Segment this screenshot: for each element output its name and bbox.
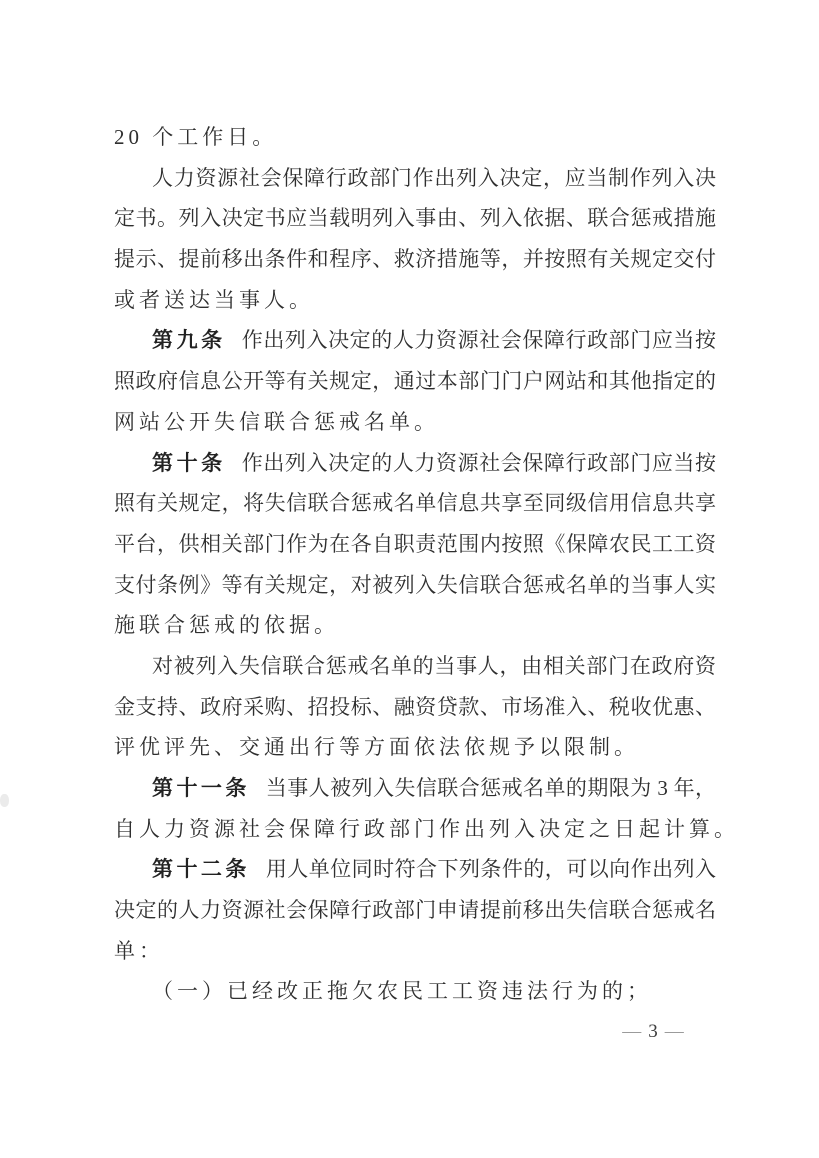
line-text: （一）已经改正拖欠农民工工资违法行为的；	[152, 979, 652, 1003]
line-text: 20 个工作日。	[114, 125, 277, 149]
text-line: 评优评先、交通出行等方面依法依规予以限制。	[114, 727, 716, 768]
line-text: 定书。列入决定书应当载明列入事由、列入依据、联合惩戒措施	[114, 206, 716, 230]
line-text: 评优评先、交通出行等方面依法依规予以限制。	[114, 735, 639, 759]
text-line: 施联合惩戒的依据。	[114, 605, 716, 646]
page-footer: —3—	[598, 1018, 708, 1046]
footer-dash-right: —	[665, 1021, 684, 1042]
footer-dash-left: —	[622, 1021, 641, 1042]
text-line: 人力资源社会保障行政部门作出列入决定，应当制作列入决	[114, 158, 716, 199]
text-line: 金支持、政府采购、招投标、融资贷款、市场准入、税收优惠、	[114, 687, 716, 728]
line-text: 或者送达当事人。	[114, 288, 314, 312]
text-line: 提示、提前移出条件和程序、救济措施等，并按照有关规定交付	[114, 239, 716, 280]
text-line: 20 个工作日。	[114, 117, 716, 158]
text-line: 定书。列入决定书应当载明列入事由、列入依据、联合惩戒措施	[114, 198, 716, 239]
text-line: 第十二条用人单位同时符合下列条件的，可以向作出列入	[114, 849, 716, 890]
line-text: 单：	[114, 939, 164, 963]
line-text: 用人单位同时符合下列条件的，可以向作出列入	[266, 857, 716, 881]
line-text: 决定的人力资源社会保障行政部门申请提前移出失信联合惩戒名	[114, 898, 716, 922]
text-line: 支付条例》等有关规定，对被列入失信联合惩戒名单的当事人实	[114, 565, 716, 606]
article-heading: 第十条	[152, 452, 226, 475]
text-line: 决定的人力资源社会保障行政部门申请提前移出失信联合惩戒名	[114, 890, 716, 931]
text-line: 第十一条当事人被列入失信联合惩戒名单的期限为 3 年，	[114, 768, 716, 809]
text-line: 照政府信息公开等有关规定，通过本部门门户网站和其他指定的	[114, 361, 716, 402]
line-text: 提示、提前移出条件和程序、救济措施等，并按照有关规定交付	[114, 247, 716, 271]
line-text: 施联合惩戒的依据。	[114, 613, 339, 637]
line-text: 支付条例》等有关规定，对被列入失信联合惩戒名单的当事人实	[114, 573, 716, 597]
article-heading: 第十一条	[152, 777, 250, 800]
text-line: 网站公开失信联合惩戒名单。	[114, 402, 716, 443]
document-text: 20 个工作日。人力资源社会保障行政部门作出列入决定，应当制作列入决定书。列入决…	[114, 117, 716, 1012]
page-number: 3	[648, 1021, 658, 1042]
line-text: 照政府信息公开等有关规定，通过本部门门户网站和其他指定的	[114, 369, 716, 393]
article-heading: 第九条	[152, 329, 226, 352]
line-text: 作出列入决定的人力资源社会保障行政部门应当按	[242, 451, 716, 475]
text-line: 或者送达当事人。	[114, 280, 716, 321]
text-line: 单：	[114, 931, 716, 972]
text-line: 第九条作出列入决定的人力资源社会保障行政部门应当按	[114, 320, 716, 361]
line-text: 当事人被列入失信联合惩戒名单的期限为 3 年，	[266, 776, 716, 800]
text-line: 平台，供相关部门作为在各自职责范围内按照《保障农民工工资	[114, 524, 716, 565]
text-line: 照有关规定，将失信联合惩戒名单信息共享至同级信用信息共享	[114, 483, 716, 524]
line-text: 自人力资源社会保障行政部门作出列入决定之日起计算。	[114, 817, 739, 841]
text-line: 对被列入失信联合惩戒名单的当事人，由相关部门在政府资	[114, 646, 716, 687]
line-text: 作出列入决定的人力资源社会保障行政部门应当按	[242, 328, 716, 352]
line-text: 对被列入失信联合惩戒名单的当事人，由相关部门在政府资	[152, 654, 716, 678]
line-text: 平台，供相关部门作为在各自职责范围内按照《保障农民工工资	[114, 532, 716, 556]
line-text: 人力资源社会保障行政部门作出列入决定，应当制作列入决	[152, 166, 716, 190]
text-line: （一）已经改正拖欠农民工工资违法行为的；	[114, 971, 716, 1012]
document-page: 20 个工作日。人力资源社会保障行政部门作出列入决定，应当制作列入决定书。列入决…	[0, 0, 819, 1158]
text-line: 自人力资源社会保障行政部门作出列入决定之日起计算。	[114, 809, 716, 850]
line-text: 照有关规定，将失信联合惩戒名单信息共享至同级信用信息共享	[114, 491, 716, 515]
article-heading: 第十二条	[152, 858, 250, 881]
line-text: 金支持、政府采购、招投标、融资贷款、市场准入、税收优惠、	[114, 695, 716, 719]
line-text: 网站公开失信联合惩戒名单。	[114, 410, 439, 434]
text-line: 第十条作出列入决定的人力资源社会保障行政部门应当按	[114, 443, 716, 484]
scan-smudge	[0, 794, 9, 807]
